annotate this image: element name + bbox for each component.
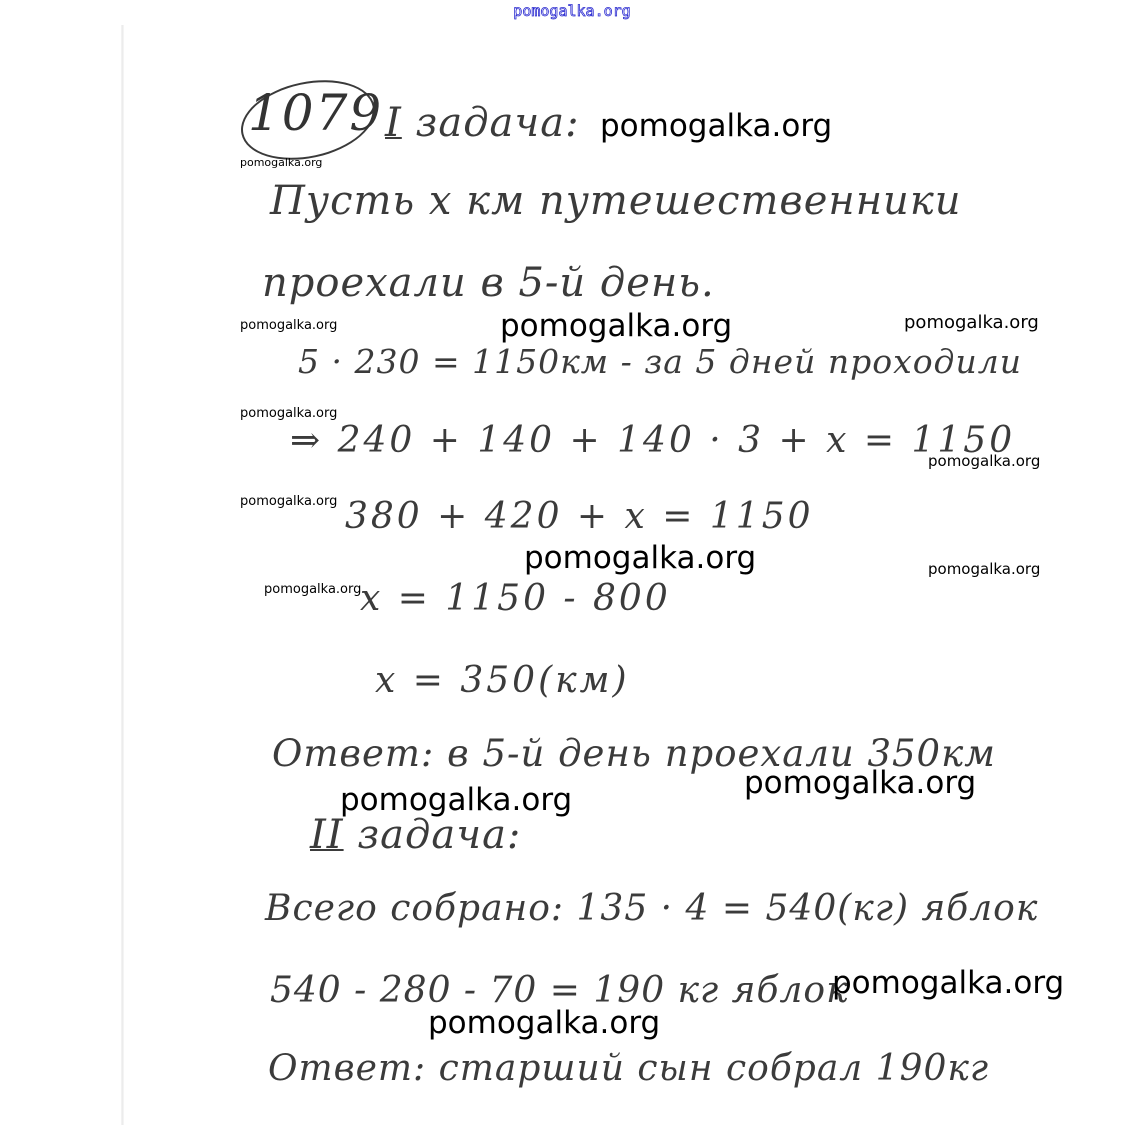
watermark: pomogalka.org (240, 318, 337, 333)
task1-line-1: Пусть x км путешественники (270, 178, 961, 224)
task2-heading-label: задача: (357, 812, 521, 858)
task2-line-1: Всего собрано: 135 · 4 = 540(кг) яблок (265, 888, 1038, 929)
watermark: pomogalka.org (928, 452, 1040, 470)
site-watermark-top: pomogalka.org (0, 2, 1144, 20)
watermark: pomogalka.org (524, 540, 756, 576)
task1-line-4: ⇒ 240 + 140 + 140 · 3 + x = 1150 (290, 420, 1015, 461)
task1-heading-label: задача: (416, 100, 580, 146)
watermark: pomogalka.org (500, 308, 732, 344)
watermark: pomogalka.org (340, 782, 572, 818)
problem-number: 1079 (248, 84, 383, 142)
watermark: pomogalka.org (428, 1005, 660, 1041)
task1-roman-numeral: I (385, 100, 402, 146)
task2-answer: Ответ: старший сын собрал 190кг (268, 1048, 989, 1089)
watermark: pomogalka.org (832, 965, 1064, 1001)
task1-heading: I задача: (385, 100, 580, 146)
watermark: pomogalka.org (264, 582, 361, 597)
task1-line-6: x = 1150 - 800 (360, 578, 671, 619)
task1-line-2: проехали в 5-й день. (262, 260, 715, 306)
task1-line-7: x = 350(км) (375, 660, 630, 701)
watermark: pomogalka.org (600, 108, 832, 144)
watermark: pomogalka.org (240, 406, 337, 421)
watermark: pomogalka.org (240, 156, 322, 169)
watermark: pomogalka.org (744, 765, 976, 801)
page-margin-line (121, 25, 124, 1125)
watermark: pomogalka.org (240, 494, 337, 509)
watermark: pomogalka.org (904, 312, 1039, 333)
task1-line-5: 380 + 420 + x = 1150 (345, 496, 814, 537)
task2-roman-numeral: II (310, 812, 344, 858)
watermark: pomogalka.org (928, 560, 1040, 578)
task1-line-3: 5 · 230 = 1150км - за 5 дней проходили (298, 342, 1022, 381)
task2-heading: II задача: (310, 812, 521, 858)
